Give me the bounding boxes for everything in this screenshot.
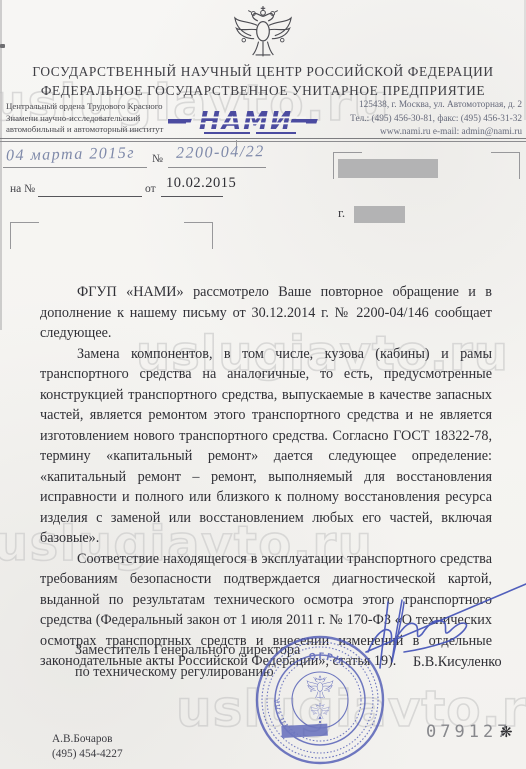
org-left-line2: Знамени научно-исследовательский [6,113,166,125]
handwritten-date: 04 марта 2015г [6,145,135,166]
org-left-line3: автомобильный и автомоторный институт [6,124,166,136]
redacted-recipient [338,159,438,178]
handwritten-number: 2200-04/22 [176,143,265,163]
contact-phone: Тел.: (495) 456-30-81, факс: (495) 456-3… [322,113,522,127]
ot-label: от [145,183,156,195]
body-paragraph-2: Замена компонентов, в том числе, кузова … [40,344,492,549]
na-no-label: на № [10,183,35,195]
executor-phone: (495) 454-4227 [52,747,123,762]
org-title-line1: ГОСУДАРСТВЕННЫЙ НАУЧНЫЙ ЦЕНТР РОССИЙСКОЙ… [0,64,526,80]
contact-block: 125438, г. Москва, ул. Автомоторная, д. … [322,99,522,140]
blank-line [38,183,142,197]
address-frame-corner [184,222,213,249]
scan-edge-left [0,0,2,330]
svg-text:НАМИ: НАМИ [199,106,293,135]
doc-number: 079127 [426,722,511,742]
address-frame-corner [10,222,39,249]
org-title-line2: ФЕДЕРАЛЬНОЕ ГОСУДАРСТВЕННОЕ УНИТАРНОЕ ПР… [0,83,526,99]
asterisk-stamp-icon: ❋ [500,723,513,742]
executor-block: А.В.Бочаров (495) 454-4227 [52,732,123,762]
contact-address: 125438, г. Москва, ул. Автомоторная, д. … [322,99,522,113]
org-left-block: Центральный ордена Трудового Красного Зн… [6,101,166,136]
underline [168,167,266,168]
nami-logo: НАМИ [168,106,324,141]
underline [3,167,147,168]
org-left-line1: Центральный ордена Трудового Красного [6,101,166,113]
redacted-city [354,206,405,223]
blank-line [161,183,223,197]
handwritten-signature [338,572,526,709]
executor-name: А.В.Бочаров [52,732,123,747]
address-frame-corner [491,152,520,179]
scan-edge-mark [0,44,5,48]
number-sign: № [152,153,163,165]
header-divider [0,138,526,142]
body-paragraph-1: ФГУП «НАМИ» рассмотрело Ваше повторное о… [40,282,492,344]
city-label: г. [338,205,345,221]
scanned-letter-page: uslugiavto.ru uslugiavto.ru uslugiavto.r… [0,0,526,769]
coat-of-arms-eagle-icon [226,2,300,67]
